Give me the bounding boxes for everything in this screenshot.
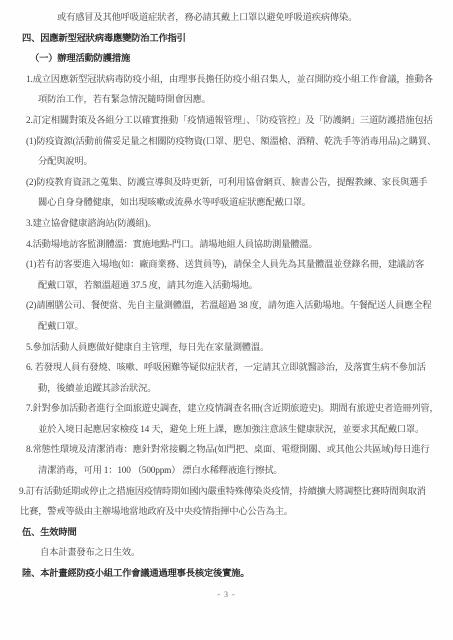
item-3-line: 3.建立協會健康諮詢站(防護組)。 <box>0 214 453 235</box>
item-2-2-cont: 關心自身身體健康，如出現咳嗽或流鼻水等呼吸道症狀應配戴口罩。 <box>0 193 453 214</box>
item-1-line: 1.成立因應新型冠狀病毒防疫小組，由理事長擔任防疫小組召集人，並召開防疫小組工作… <box>0 70 453 91</box>
subsection-heading-1: （一）辦理活動防護措施 <box>0 49 453 70</box>
section-heading-4: 四、因應新型冠狀病毒應變防治工作指引 <box>0 29 453 50</box>
intro-continuation-line: 或有感冒及其他呼吸道症狀者，務必請其戴上口罩以避免呼吸道疾病傳染。 <box>0 8 453 29</box>
item-7-line: 7.針對參加活動者進行全面旅遊史調查，建立疫情調查名冊(含近期旅遊史)。期間有旅… <box>0 399 453 420</box>
item-2-1-cont: 分配與說明。 <box>0 152 453 173</box>
item-4-2-cont: 配戴口罩。 <box>0 317 453 338</box>
item-2-line: 2.訂定相關對策及各組分工以確實推動「疫情通報管理」、「防疫管控」及「防護網」三… <box>0 111 453 132</box>
effective-date-line: 自本計畫發布之日生效。 <box>0 543 453 564</box>
item-6-line: 6. 若發現人員有發燒、咳嗽、呼吸困難等疑似症狀者，一定請其立即就醫診治，及落實… <box>0 358 453 379</box>
item-2-1-line: (1)防疫資源(活動前備妥足量之相關防疫物資(口罩、肥皂、額溫槍、酒精、乾洗手等… <box>0 132 453 153</box>
section-heading-5: 伍、生效時間 <box>0 523 453 544</box>
item-9-cont: 比賽，警戒等級由主辦場地當地政府及中央疫情指揮中心公告為主。 <box>0 502 453 523</box>
page-number: - 3 - <box>0 585 453 606</box>
item-6-cont: 動，後續並追蹤其診治狀況。 <box>0 379 453 400</box>
document-page: 或有感冒及其他呼吸道症狀者，務必請其戴上口罩以避免呼吸道疾病傳染。 四、因應新型… <box>0 0 453 640</box>
item-8-cont: 清潔消毒，可用 1：100 （500ppm） 漂白水稀釋液進行擦拭。 <box>0 461 453 482</box>
item-4-line: 4.活動場地訪客監測體溫：實施地點-門口。請場地組人員協助測量體溫。 <box>0 235 453 256</box>
item-4-1-line: (1)若有訪客要進入場地(如：廠商業務、送貨員等)，請保全人員先為其量體溫並登錄… <box>0 255 453 276</box>
item-2-2-line: (2)防疫教育資訊之蒐集、防護宣導與及時更新，可利用協會網頁、臉書公告，提醒教練… <box>0 173 453 194</box>
item-5-line: 5.參加活動人員應做好健康自主管理，每日先在家量測體溫。 <box>0 338 453 359</box>
item-1-cont: 項防治工作，若有緊急情況隨時開會因應。 <box>0 90 453 111</box>
item-4-2-line: (2)請團膳公司、餐便當、先自主量測體溫，若溫超過 38 度，請勿進入活動場地。… <box>0 296 453 317</box>
item-9-line: 9.訂有活動延期或停止之措施因疫情時期如國內嚴重特殊傳染炎疫情，持續擴大將調整比… <box>0 482 453 503</box>
section-heading-6: 陸、本計畫經防疫小組工作會議通過理事長核定後實施。 <box>0 564 453 585</box>
item-4-1-cont: 配戴口罩，若額溫超過 37.5 度，請其勿進入活動場地。 <box>0 276 453 297</box>
item-8-line: 8.常態性環境及清潔消毒：應針對常接觸之物品(如門把、桌面、電燈開關、或其他公共… <box>0 440 453 461</box>
item-7-cont: 並於入境日起應居家檢疫 14 天，避免上班上課，應加強注意該生健康狀況，並要求其… <box>0 420 453 441</box>
